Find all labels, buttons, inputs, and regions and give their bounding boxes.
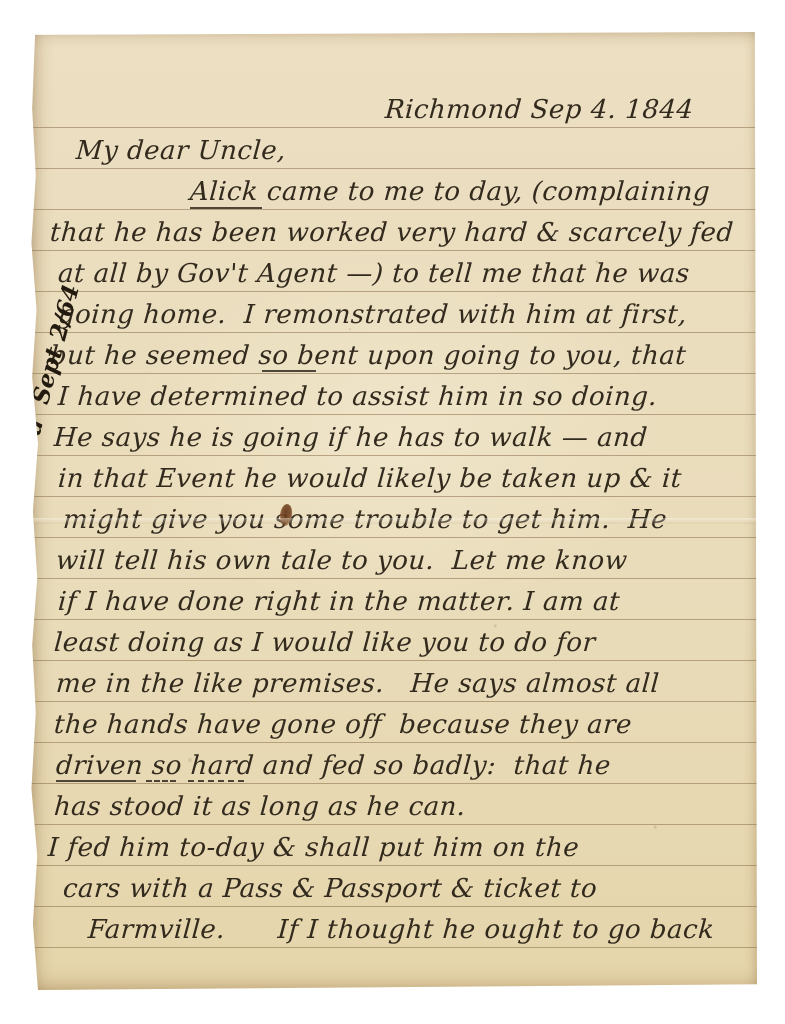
ruled-line <box>30 619 757 620</box>
salutation: My dear Uncle, <box>75 134 287 168</box>
underline-mark <box>190 207 262 209</box>
letter-line: the hands have gone off because they are <box>53 708 633 742</box>
letter-line: Farmville. If I thought he ought to go b… <box>87 913 716 947</box>
letter-line: cars with a Pass & Passport & ticket to <box>62 872 599 906</box>
ruled-line <box>30 660 757 661</box>
ruled-line <box>30 209 757 210</box>
ruled-line <box>30 496 757 497</box>
ruled-line <box>30 947 757 948</box>
ruled-line <box>30 865 757 866</box>
ruled-line <box>30 250 757 251</box>
underline-mark <box>262 370 316 372</box>
underline-mark <box>56 780 136 782</box>
letter-line: me in the like premises. He says almost … <box>55 667 661 701</box>
underline-mark <box>146 780 176 782</box>
letter-line: driven so hard and fed so badly: that he <box>55 749 612 783</box>
letter-line: if I have done right in the matter. I am… <box>57 585 621 619</box>
letter-line: has stood it as long as he can. <box>53 790 467 824</box>
underline-mark <box>188 780 244 782</box>
ruled-line <box>30 537 757 538</box>
ruled-line <box>30 168 757 169</box>
ruled-line <box>30 127 757 128</box>
ruled-line <box>30 906 757 907</box>
letter-line: least doing as I would like you to do fo… <box>53 626 597 660</box>
letter-line: in that Event he would likely be taken u… <box>57 462 683 496</box>
ruled-line <box>30 291 757 292</box>
dateline: Richmond Sep 4. 1844 <box>384 93 695 127</box>
ruled-line <box>30 783 757 784</box>
letter-line: will tell his own tale to you. Let me kn… <box>55 544 629 578</box>
letter-line: Alick came to me to day, (complaining <box>189 175 711 209</box>
letter-line: I fed him to-day & shall put him on the <box>47 831 581 865</box>
letter-line: He says he is going if he has to walk — … <box>53 421 649 455</box>
letter-line: but he seemed so bent upon going to you,… <box>49 339 688 373</box>
ruled-line <box>30 455 757 456</box>
ruled-line <box>30 332 757 333</box>
letter-line: going home. I remonstrated with him at f… <box>57 298 688 332</box>
ruled-line <box>30 742 757 743</box>
crease-line <box>30 518 757 524</box>
ruled-line <box>30 373 757 374</box>
ruled-line <box>30 701 757 702</box>
letter-line: I have determined to assist him in so do… <box>57 380 659 414</box>
ruled-line <box>30 414 757 415</box>
ruled-line <box>30 824 757 825</box>
ruled-line <box>30 578 757 579</box>
letter-paper: Richmond Sep 4. 1844 My dear Uncle, Alic… <box>30 32 757 990</box>
letter-line: that he has been worked very hard & scar… <box>49 216 735 250</box>
letter-line: at all by Gov't Agent —) to tell me that… <box>57 257 691 291</box>
